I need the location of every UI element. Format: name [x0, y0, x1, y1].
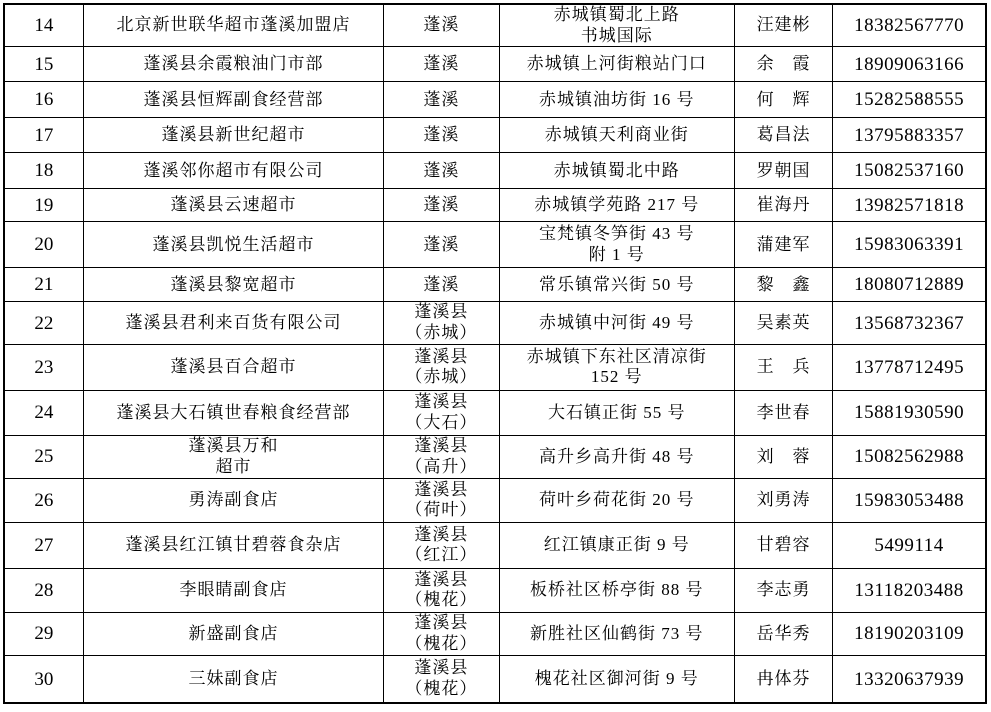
cell-region: 蓬溪 [384, 82, 499, 118]
cell-contact: 吴素英 [734, 302, 832, 344]
cell-region: 蓬溪县 （荷叶） [384, 478, 499, 522]
store-list-table-body: 14北京新世联华超市蓬溪加盟店蓬溪赤城镇蜀北上路 书城国际汪建彬18382567… [4, 4, 986, 703]
cell-name: 蓬溪县红江镇甘碧蓉食杂店 [83, 522, 384, 568]
cell-name: 蓬溪县黎宽超市 [83, 268, 384, 302]
cell-phone: 18909063166 [833, 47, 986, 82]
cell-seq: 23 [4, 344, 83, 390]
cell-seq: 19 [4, 189, 83, 222]
cell-region: 蓬溪 [384, 4, 499, 47]
cell-phone: 18190203109 [833, 612, 986, 655]
cell-name: 蓬溪县万和 超市 [83, 435, 384, 478]
cell-seq: 14 [4, 4, 83, 47]
cell-region: 蓬溪县 （槐花） [384, 568, 499, 612]
cell-seq: 24 [4, 390, 83, 435]
cell-seq: 25 [4, 435, 83, 478]
cell-phone: 15983063391 [833, 222, 986, 268]
cell-region: 蓬溪县 （槐花） [384, 655, 499, 703]
cell-region: 蓬溪 [384, 153, 499, 189]
cell-contact: 崔海丹 [734, 189, 832, 222]
cell-name: 蓬溪县恒辉副食经营部 [83, 82, 384, 118]
cell-name: 蓬溪县云速超市 [83, 189, 384, 222]
cell-address: 赤城镇油坊街 16 号 [499, 82, 734, 118]
cell-region: 蓬溪县 （槐花） [384, 612, 499, 655]
cell-seq: 27 [4, 522, 83, 568]
cell-region: 蓬溪县 （赤城） [384, 344, 499, 390]
cell-name: 新盛副食店 [83, 612, 384, 655]
cell-phone: 15983053488 [833, 478, 986, 522]
cell-phone: 5499114 [833, 522, 986, 568]
cell-phone: 13320637939 [833, 655, 986, 703]
cell-address: 红江镇康正街 9 号 [499, 522, 734, 568]
cell-region: 蓬溪县 （赤城） [384, 302, 499, 344]
cell-contact: 罗朝国 [734, 153, 832, 189]
table-row: 19蓬溪县云速超市蓬溪赤城镇学苑路 217 号崔海丹13982571818 [4, 189, 986, 222]
cell-phone: 15082562988 [833, 435, 986, 478]
cell-address: 赤城镇天利商业街 [499, 118, 734, 153]
cell-region: 蓬溪县 （大石） [384, 390, 499, 435]
cell-address: 赤城镇下东社区清凉街 152 号 [499, 344, 734, 390]
table-row: 30三妹副食店蓬溪县 （槐花）槐花社区御河街 9 号冉体芬13320637939 [4, 655, 986, 703]
cell-phone: 18382567770 [833, 4, 986, 47]
table-row: 20蓬溪县凯悦生活超市蓬溪宝梵镇冬笋街 43 号 附 1 号蒲建军1598306… [4, 222, 986, 268]
cell-address: 新胜社区仙鹤街 73 号 [499, 612, 734, 655]
cell-phone: 18080712889 [833, 268, 986, 302]
cell-name: 三妹副食店 [83, 655, 384, 703]
cell-contact: 何 辉 [734, 82, 832, 118]
cell-name: 蓬溪县大石镇世春粮食经营部 [83, 390, 384, 435]
cell-address: 赤城镇学苑路 217 号 [499, 189, 734, 222]
cell-seq: 18 [4, 153, 83, 189]
table-row: 18蓬溪邻你超市有限公司蓬溪赤城镇蜀北中路罗朝国15082537160 [4, 153, 986, 189]
table-row: 23蓬溪县百合超市蓬溪县 （赤城）赤城镇下东社区清凉街 152 号王 兵1377… [4, 344, 986, 390]
cell-region: 蓬溪 [384, 118, 499, 153]
cell-name: 勇涛副食店 [83, 478, 384, 522]
cell-name: 蓬溪县凯悦生活超市 [83, 222, 384, 268]
cell-region: 蓬溪 [384, 47, 499, 82]
table-row: 17蓬溪县新世纪超市蓬溪赤城镇天利商业街葛昌法13795883357 [4, 118, 986, 153]
cell-address: 大石镇正街 55 号 [499, 390, 734, 435]
cell-seq: 20 [4, 222, 83, 268]
cell-region: 蓬溪 [384, 222, 499, 268]
cell-seq: 30 [4, 655, 83, 703]
cell-contact: 黎 鑫 [734, 268, 832, 302]
cell-contact: 冉体芬 [734, 655, 832, 703]
table-row: 27蓬溪县红江镇甘碧蓉食杂店蓬溪县 （红江）红江镇康正街 9 号甘碧容54991… [4, 522, 986, 568]
cell-contact: 葛昌法 [734, 118, 832, 153]
cell-contact: 岳华秀 [734, 612, 832, 655]
cell-region: 蓬溪 [384, 189, 499, 222]
cell-phone: 15282588555 [833, 82, 986, 118]
cell-name: 蓬溪县余霞粮油门市部 [83, 47, 384, 82]
table-row: 29新盛副食店蓬溪县 （槐花）新胜社区仙鹤街 73 号岳华秀1819020310… [4, 612, 986, 655]
cell-seq: 28 [4, 568, 83, 612]
cell-phone: 15082537160 [833, 153, 986, 189]
table-row: 16蓬溪县恒辉副食经营部蓬溪赤城镇油坊街 16 号何 辉15282588555 [4, 82, 986, 118]
cell-address: 高升乡高升街 48 号 [499, 435, 734, 478]
cell-address: 槐花社区御河街 9 号 [499, 655, 734, 703]
cell-name: 蓬溪县百合超市 [83, 344, 384, 390]
cell-name: 蓬溪邻你超市有限公司 [83, 153, 384, 189]
cell-name: 蓬溪县新世纪超市 [83, 118, 384, 153]
table-row: 22蓬溪县君利来百货有限公司蓬溪县 （赤城）赤城镇中河街 49 号吴素英1356… [4, 302, 986, 344]
cell-phone: 13118203488 [833, 568, 986, 612]
cell-region: 蓬溪县 （红江） [384, 522, 499, 568]
cell-phone: 13982571818 [833, 189, 986, 222]
cell-address: 板桥社区桥亭街 88 号 [499, 568, 734, 612]
table-row: 15蓬溪县余霞粮油门市部蓬溪赤城镇上河街粮站门口余 霞18909063166 [4, 47, 986, 82]
cell-contact: 蒲建军 [734, 222, 832, 268]
cell-address: 宝梵镇冬笋街 43 号 附 1 号 [499, 222, 734, 268]
cell-address: 赤城镇中河街 49 号 [499, 302, 734, 344]
table-row: 25蓬溪县万和 超市蓬溪县 （高升）高升乡高升街 48 号刘 蓉15082562… [4, 435, 986, 478]
cell-phone: 13795883357 [833, 118, 986, 153]
cell-seq: 15 [4, 47, 83, 82]
cell-contact: 李志勇 [734, 568, 832, 612]
table-row: 26勇涛副食店蓬溪县 （荷叶）荷叶乡荷花街 20 号刘勇涛15983053488 [4, 478, 986, 522]
table-row: 24蓬溪县大石镇世春粮食经营部蓬溪县 （大石）大石镇正街 55 号李世春1588… [4, 390, 986, 435]
cell-contact: 汪建彬 [734, 4, 832, 47]
cell-contact: 刘 蓉 [734, 435, 832, 478]
cell-seq: 26 [4, 478, 83, 522]
cell-contact: 王 兵 [734, 344, 832, 390]
cell-phone: 15881930590 [833, 390, 986, 435]
cell-phone: 13568732367 [833, 302, 986, 344]
table-row: 21蓬溪县黎宽超市蓬溪常乐镇常兴街 50 号黎 鑫18080712889 [4, 268, 986, 302]
table-row: 28李眼睛副食店蓬溪县 （槐花）板桥社区桥亭街 88 号李志勇131182034… [4, 568, 986, 612]
cell-contact: 余 霞 [734, 47, 832, 82]
cell-address: 赤城镇蜀北上路 书城国际 [499, 4, 734, 47]
cell-seq: 16 [4, 82, 83, 118]
cell-seq: 22 [4, 302, 83, 344]
cell-name: 李眼睛副食店 [83, 568, 384, 612]
cell-seq: 21 [4, 268, 83, 302]
cell-phone: 13778712495 [833, 344, 986, 390]
cell-region: 蓬溪县 （高升） [384, 435, 499, 478]
cell-name: 北京新世联华超市蓬溪加盟店 [83, 4, 384, 47]
cell-name: 蓬溪县君利来百货有限公司 [83, 302, 384, 344]
cell-address: 赤城镇上河街粮站门口 [499, 47, 734, 82]
cell-region: 蓬溪 [384, 268, 499, 302]
cell-address: 荷叶乡荷花街 20 号 [499, 478, 734, 522]
cell-seq: 29 [4, 612, 83, 655]
cell-address: 赤城镇蜀北中路 [499, 153, 734, 189]
cell-contact: 李世春 [734, 390, 832, 435]
store-list-table: 14北京新世联华超市蓬溪加盟店蓬溪赤城镇蜀北上路 书城国际汪建彬18382567… [3, 3, 987, 704]
cell-contact: 刘勇涛 [734, 478, 832, 522]
table-row: 14北京新世联华超市蓬溪加盟店蓬溪赤城镇蜀北上路 书城国际汪建彬18382567… [4, 4, 986, 47]
cell-contact: 甘碧容 [734, 522, 832, 568]
cell-address: 常乐镇常兴街 50 号 [499, 268, 734, 302]
cell-seq: 17 [4, 118, 83, 153]
